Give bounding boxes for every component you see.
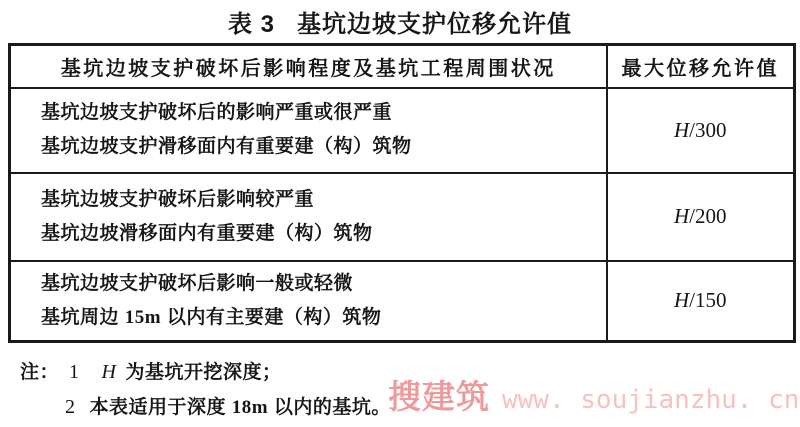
condition-cell: 基坑边坡支护破坏后影响较严重 基坑边坡滑移面内有重要建（构）筑物 xyxy=(10,173,607,261)
note-2-text-post: 以内的基坑。 xyxy=(268,397,391,418)
header-max-displacement-column: 最大位移允许值 xyxy=(607,45,795,88)
watermark-url-text: www. soujianzhu. cn xyxy=(502,385,799,415)
value-cell: H/300 xyxy=(607,88,795,173)
condition-line-2: 基坑边坡支护滑移面内有重要建（构）筑物 xyxy=(41,130,606,164)
displacement-allowance-table: 基坑边坡支护破坏后影响程度及基坑工程周围状况 最大位移允许值 基坑边坡支护破坏后… xyxy=(8,43,796,343)
condition-line-2-pre: 基坑周边 xyxy=(41,307,125,328)
note-label: 注： xyxy=(20,362,59,383)
table-row-severe: 基坑边坡支护破坏后的影响严重或很严重 基坑边坡支护滑移面内有重要建（构）筑物 H… xyxy=(10,88,795,173)
condition-line-2-post: 以内有主要建（构）筑物 xyxy=(161,307,381,328)
h-variable: H xyxy=(102,361,117,383)
condition-cell: 基坑边坡支护破坏后影响一般或轻微 基坑周边 15m 以内有主要建（构）筑物 xyxy=(10,261,607,342)
depth-value: 18m xyxy=(232,397,268,418)
distance-value: 15m xyxy=(125,307,161,328)
document-page: 表 3基坑边坡支护位移允许值 基坑边坡支护破坏后影响程度及基坑工程周围状况 最大… xyxy=(0,0,800,427)
condition-line-2: 基坑边坡滑移面内有重要建（构）筑物 xyxy=(41,217,606,251)
watermark-cjk-text: 搜建筑 xyxy=(388,371,490,418)
table-row-moderately-severe: 基坑边坡支护破坏后影响较严重 基坑边坡滑移面内有重要建（构）筑物 H/200 xyxy=(10,173,795,261)
value-cell: H/200 xyxy=(607,173,795,261)
note-2-text: 本表适用于深度 18m 以内的基坑。 xyxy=(90,397,391,418)
table-title-text: 基坑边坡支护位移允许值 xyxy=(297,11,572,38)
table-title: 表 3基坑边坡支护位移允许值 xyxy=(0,4,800,39)
note-line-1: 注：1H为基坑开挖深度； xyxy=(20,357,281,384)
table-number: 表 3 xyxy=(228,11,275,38)
condition-cell: 基坑边坡支护破坏后的影响严重或很严重 基坑边坡支护滑移面内有重要建（构）筑物 xyxy=(10,88,607,173)
note-number-1: 1 xyxy=(69,361,80,383)
note-1-text: 为基坑开挖深度； xyxy=(125,362,281,383)
condition-line-2: 基坑周边 15m 以内有主要建（构）筑物 xyxy=(41,301,606,335)
table-header-row: 基坑边坡支护破坏后影响程度及基坑工程周围状况 最大位移允许值 xyxy=(10,45,795,88)
value-fraction: /300 xyxy=(689,118,726,142)
h-variable: H xyxy=(674,288,689,312)
note-2-text-pre: 本表适用于深度 xyxy=(90,397,232,418)
watermark: 搜建筑 www. soujianzhu. cn xyxy=(388,371,799,418)
value-fraction: /200 xyxy=(689,204,726,228)
header-condition-column: 基坑边坡支护破坏后影响程度及基坑工程周围状况 xyxy=(10,45,607,88)
condition-line-1: 基坑边坡支护破坏后影响较严重 xyxy=(41,183,606,217)
table-row-minor: 基坑边坡支护破坏后影响一般或轻微 基坑周边 15m 以内有主要建（构）筑物 H/… xyxy=(10,261,795,342)
condition-line-1: 基坑边坡支护破坏后影响一般或轻微 xyxy=(41,267,606,301)
h-variable: H xyxy=(674,204,689,228)
note-line-2: 2本表适用于深度 18m 以内的基坑。 xyxy=(65,392,391,419)
note-number-2: 2 xyxy=(65,396,76,418)
value-fraction: /150 xyxy=(689,288,726,312)
value-cell: H/150 xyxy=(607,261,795,342)
h-variable: H xyxy=(674,118,689,142)
condition-line-1: 基坑边坡支护破坏后的影响严重或很严重 xyxy=(41,96,606,130)
